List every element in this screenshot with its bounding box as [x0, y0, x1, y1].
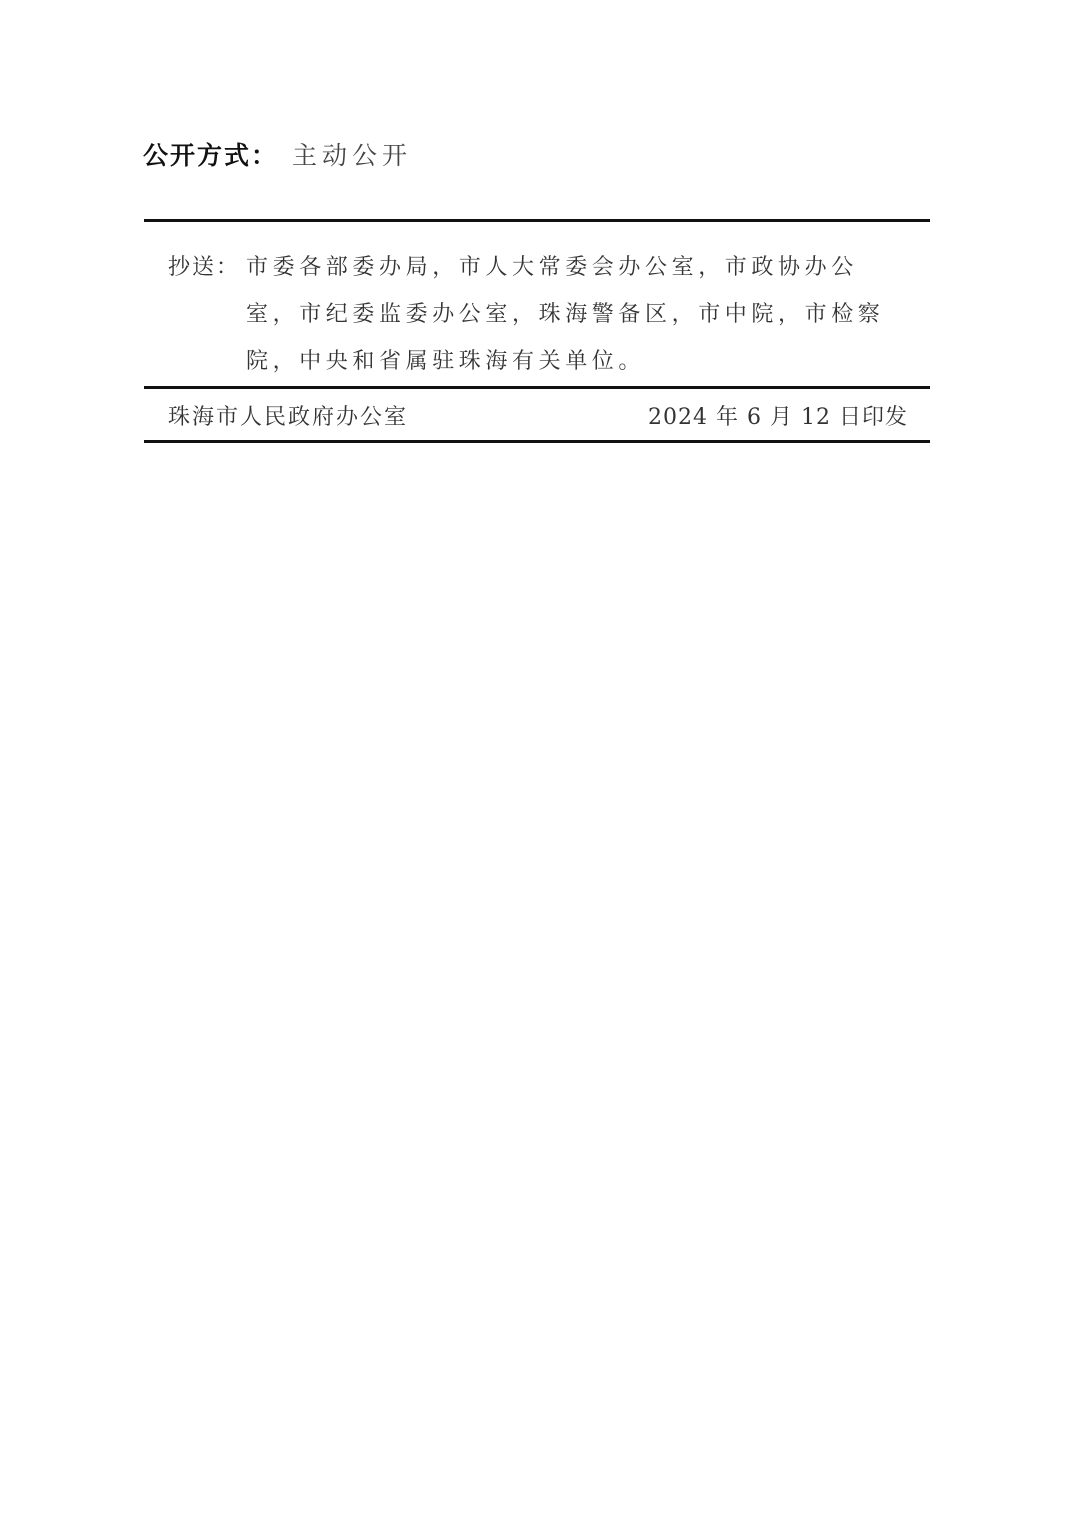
cc-label: 抄送：: [168, 244, 240, 291]
disclosure-label: 公开方式：: [143, 141, 278, 170]
cc-recipients: 市委各部委办局，市人大常委会办公室，市政协办公室，市纪委监委办公室，珠海警备区，…: [246, 244, 908, 385]
bottom-divider: [144, 440, 930, 443]
top-divider: [144, 219, 930, 222]
issuer: 珠海市人民政府办公室: [168, 400, 408, 431]
issuance-footer: 珠海市人民政府办公室 2024 年 6 月 12 日印发: [168, 400, 908, 431]
disclosure-method: 公开方式：主动公开: [143, 136, 412, 172]
middle-divider: [144, 386, 930, 389]
cc-section: 抄送： 市委各部委办局，市人大常委会办公室，市政协办公室，市纪委监委办公室，珠海…: [168, 244, 908, 385]
issue-date: 2024 年 6 月 12 日印发: [648, 400, 908, 431]
disclosure-value: 主动公开: [292, 141, 412, 170]
